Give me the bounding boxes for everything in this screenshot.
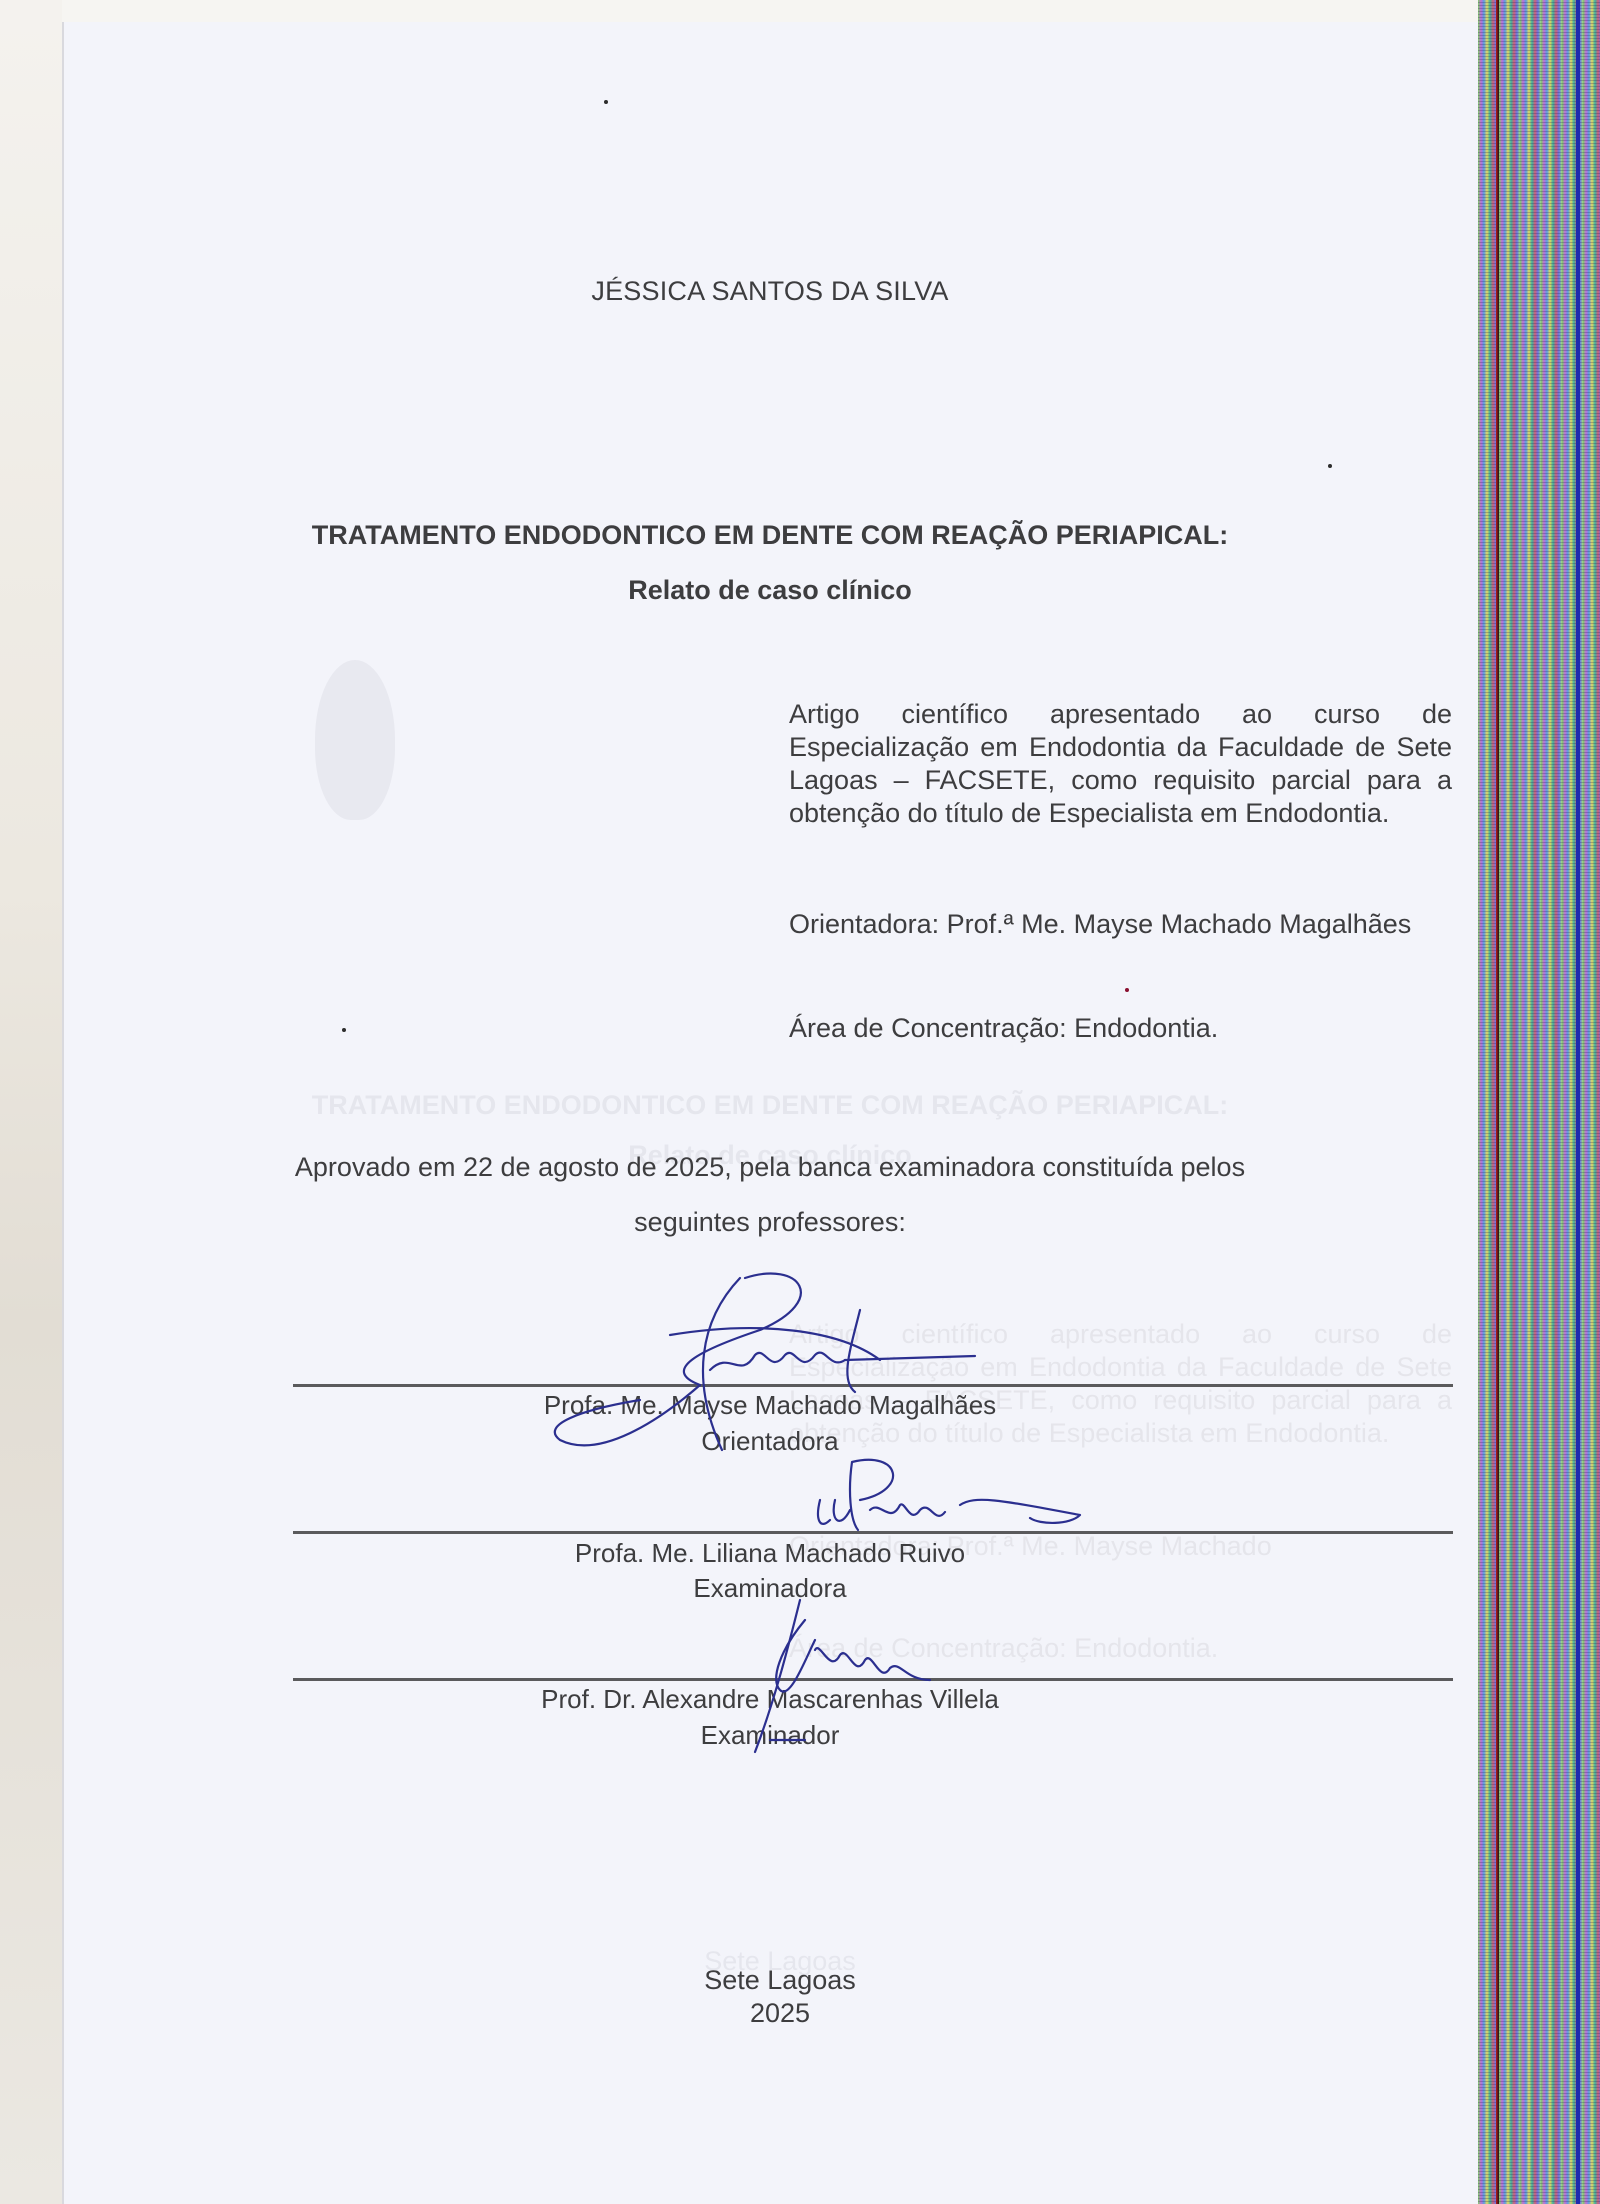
committee-member-role-3: Examinador [62,1720,1478,1751]
dust-speck [1328,464,1332,468]
scanner-bed-left [0,0,62,2204]
dust-speck [342,1028,346,1032]
description-text: Artigo científico apresentado ao curso d… [789,698,1452,830]
signature-line-1 [293,1384,1453,1387]
committee-member-role-1: Orientadora [62,1426,1478,1457]
committee-member-role-2: Examinadora [62,1573,1478,1604]
document-title: TRATAMENTO ENDODONTICO EM DENTE COM REAÇ… [62,520,1478,551]
approval-statement: Aprovado em 22 de agosto de 2025, pela b… [62,1152,1478,1183]
committee-member-name-3: Prof. Dr. Alexandre Mascarenhas Villela [62,1684,1478,1715]
scanner-noise-strip [1478,0,1600,2204]
area-block: Área de Concentração: Endodontia. [789,1012,1452,1045]
signature-line-2 [293,1531,1453,1534]
city: Sete Lagoas [0,1965,1560,1996]
scanner-bed-top [0,0,1478,22]
description-block: Artigo científico apresentado ao curso d… [789,698,1452,830]
paper-stain [315,660,395,820]
author-name: JÉSSICA SANTOS DA SILVA [62,276,1478,307]
committee-member-name-1: Profa. Me. Mayse Machado Magalhães [62,1390,1478,1421]
dust-speck [604,100,608,104]
advisor-text: Orientadora: Prof.ª Me. Mayse Machado Ma… [789,908,1452,941]
bleed-through-area: Área de Concentração: Endodontia. [789,1632,1452,1665]
approval-statement-cont: seguintes professores: [62,1207,1478,1238]
ink-speck [1125,988,1129,992]
year: 2025 [0,1998,1560,2029]
area-text: Área de Concentração: Endodontia. [789,1012,1452,1045]
document-subtitle: Relato de caso clínico [62,575,1478,606]
advisor-block: Orientadora: Prof.ª Me. Mayse Machado Ma… [789,908,1452,941]
signature-line-3 [293,1678,1453,1681]
committee-member-name-2: Profa. Me. Liliana Machado Ruivo [62,1538,1478,1569]
bleed-through-title: TRATAMENTO ENDODONTICO EM DENTE COM REAÇ… [62,1090,1478,1121]
